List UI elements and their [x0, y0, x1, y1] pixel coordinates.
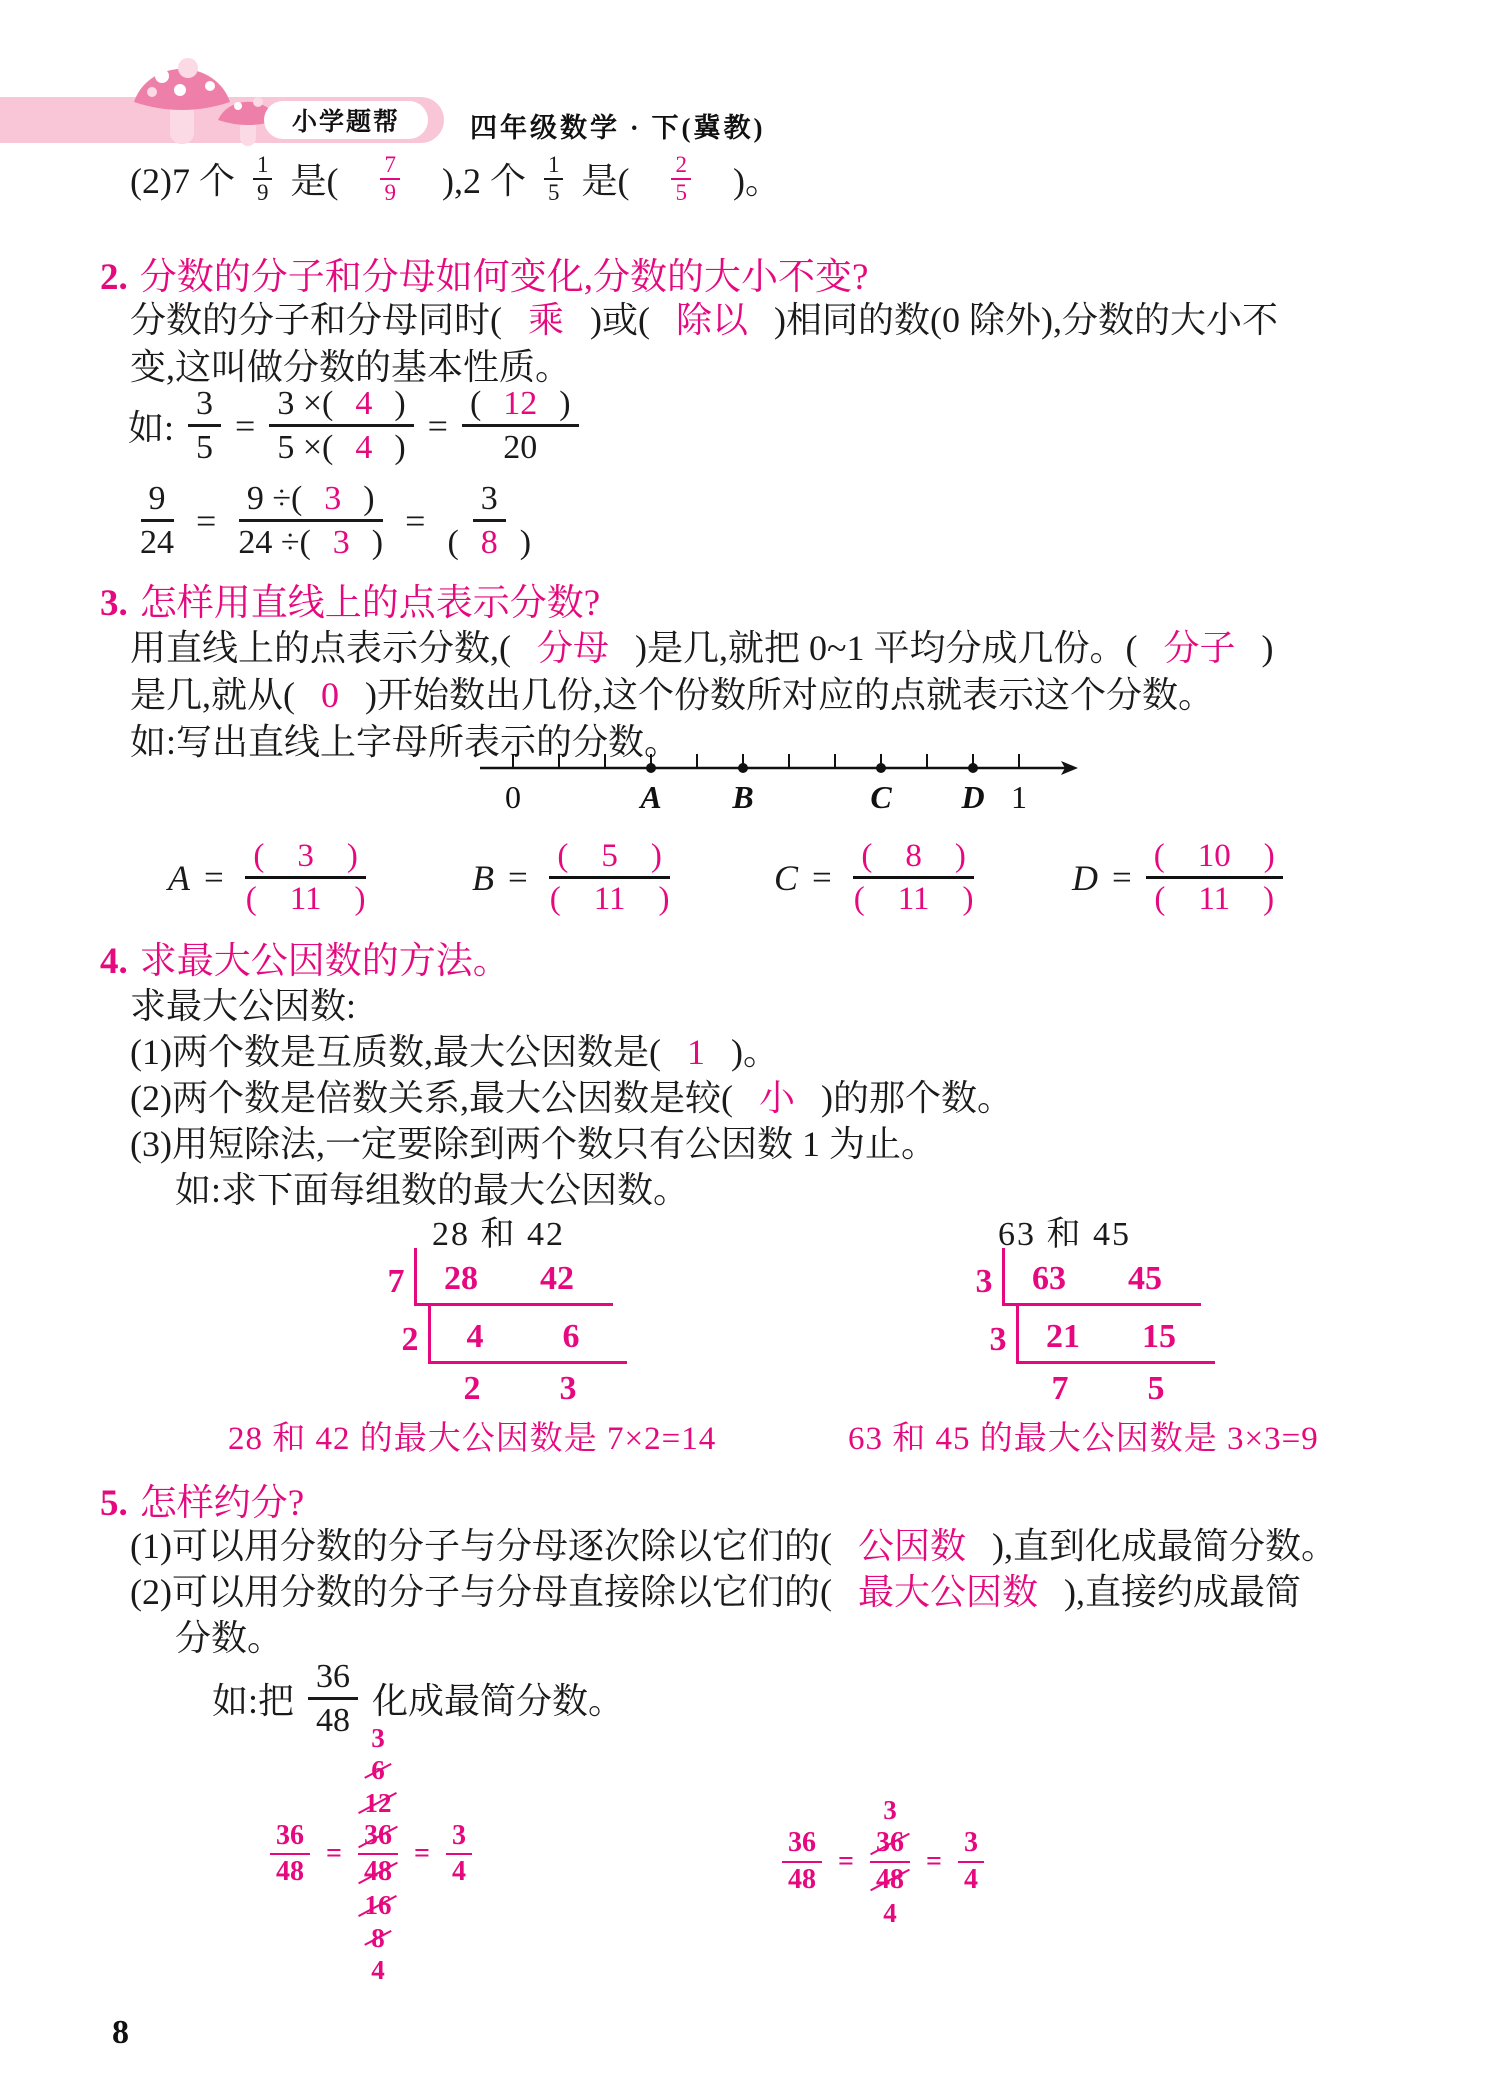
number-line: 0 A B C D 1 — [478, 748, 1098, 816]
division-step-2: 3 2115 — [980, 1306, 1215, 1364]
equals-sign: = — [414, 1838, 430, 1870]
answer-text: 乘 — [502, 300, 590, 340]
reduction-work-left: 3648 = 3 6 12 36 48 16 8 4 = 34 — [268, 1722, 474, 1987]
fraction-3-5: 35 — [188, 383, 221, 469]
section-2-equation-1: 如: 35 = 3 ×(4) 5 ×(4) = (12) 20 — [128, 383, 579, 469]
section-2-text-line-1: 分数的分子和分母同时(乘)或(除以)相同的数(0 除外),分数的大小不 — [130, 292, 1278, 343]
equals-sign: = — [196, 500, 216, 542]
fraction-9-24: 924 — [132, 478, 182, 564]
cancel-number: 3 — [371, 1722, 385, 1754]
equals-sign: = — [1112, 858, 1132, 898]
fraction-with-blanks: 9 ÷(3) 24 ÷(3) — [230, 478, 391, 564]
division-step-1: 3 6345 — [966, 1248, 1215, 1306]
item-2-line: (2)7 个 19 是( 79 ),2 个 15 是( 25 )。 — [130, 152, 781, 206]
question-text: )。 — [733, 153, 781, 204]
equals-sign: = — [326, 1838, 342, 1870]
section-5-item-2: (2)可以用分数的分子与分母直接除以它们的(最大公因数),直接约成最简 — [130, 1564, 1301, 1615]
struck-fraction-36-48: 36 48 — [356, 1819, 400, 1889]
short-division-right: 3 6345 3 2115 75 — [966, 1248, 1215, 1413]
fraction-result: (12) 20 — [462, 383, 579, 469]
cancel-stack-below: 4 — [883, 1897, 897, 1929]
equals-sign: = — [405, 500, 425, 542]
equals-sign: = — [926, 1846, 942, 1878]
question-text: ),2 个 — [442, 153, 526, 204]
point-b-answer: B= ( 5 )( 11 ) — [472, 836, 678, 920]
divisor: 3 — [966, 1263, 1002, 1306]
section-5-item-1: (1)可以用分数的分子与分母逐次除以它们的(公因数),直到化成最简分数。 — [130, 1518, 1337, 1569]
answer-text: 0 — [295, 675, 365, 715]
numberline-label-a: A — [638, 779, 661, 815]
section-4-intro: 求最大公因数: — [130, 978, 356, 1029]
mushroom-logo-icon — [118, 44, 288, 148]
divisor: 2 — [392, 1321, 428, 1364]
question-text: (2)7 个 — [130, 153, 235, 204]
numberline-label-c: C — [870, 779, 892, 815]
section-3-heading: 3.怎样用直线上的点表示分数? — [100, 572, 600, 626]
fraction-1-9: 19 — [249, 152, 277, 206]
answer-fraction-7-9: 79 — [376, 152, 404, 206]
answer-text: 4 — [333, 385, 394, 422]
section-4-heading: 4.求最大公因数的方法。 — [100, 930, 510, 984]
point-c-dot — [876, 763, 886, 773]
section-3-text-line-2: 是几,就从(0)开始数出几份,这个份数所对应的点就表示这个分数。 — [130, 667, 1214, 718]
cancel-stack-above: 3 6 12 — [364, 1722, 391, 1819]
equals-sign: = — [508, 858, 528, 898]
answer-text: 8 — [459, 524, 520, 561]
answer-text: 1 — [661, 1032, 731, 1072]
cancel-number-struck: 16 — [364, 1889, 391, 1921]
divisor: 7 — [378, 1263, 414, 1306]
point-a-answer: A= ( 3 )( 11 ) — [168, 836, 374, 920]
cancel-number-struck: 8 — [371, 1922, 385, 1954]
answer-text: 最大公因数 — [832, 1572, 1064, 1612]
fraction-3-4: 34 — [956, 1826, 986, 1896]
fraction-1-5: 15 — [540, 152, 568, 206]
logo-text: 小学题帮 — [292, 102, 400, 138]
point-c-answer: C= ( 8 )( 11 ) — [774, 836, 982, 920]
divisor: 3 — [980, 1321, 1016, 1364]
section-2-equation-2: 924 = 9 ÷(3) 24 ÷(3) = 3 (8) — [132, 478, 539, 564]
cancel-number-struck: 6 — [371, 1754, 385, 1786]
answer-text: 公因数 — [832, 1526, 992, 1566]
question-text: 是( — [581, 153, 629, 204]
numberline-label-d: D — [960, 779, 984, 815]
cancel-number: 3 — [883, 1794, 897, 1826]
answer-text: 4 — [333, 429, 394, 466]
cancel-stack-below: 16 8 4 — [364, 1889, 391, 1986]
fraction-36-48: 3648 — [780, 1826, 824, 1896]
cancel-stack-above: 3 — [883, 1794, 897, 1826]
division-quotients: 23 — [392, 1364, 627, 1413]
fraction-3-4: 34 — [444, 1819, 474, 1889]
division-step-1: 7 2842 — [378, 1248, 627, 1306]
equals-sign: = — [838, 1846, 854, 1878]
logo-pill: 小学题帮 — [264, 101, 428, 139]
answer-text: 12 — [481, 385, 559, 422]
reduction-work-right: 3648 = 3 36 48 4 = 34 — [780, 1794, 986, 1929]
page-number: 8 — [112, 2014, 129, 2052]
cancel-number: 4 — [883, 1897, 897, 1929]
fraction-with-blanks: 3 ×(4) 5 ×(4) — [269, 383, 413, 469]
section-4-item-2: (2)两个数是倍数关系,最大公因数是较(小)的那个数。 — [130, 1070, 1013, 1121]
cancel-number-struck: 12 — [364, 1787, 391, 1819]
answer-text: 小 — [733, 1078, 821, 1118]
point-b-dot — [738, 763, 748, 773]
answer-text: 分母 — [511, 628, 635, 668]
numberline-label-1: 1 — [1011, 779, 1027, 815]
fraction-36-48: 3648 — [268, 1819, 312, 1889]
equals-sign: = — [428, 405, 448, 447]
numberline-label-b: B — [731, 779, 753, 815]
division-step-2: 2 46 — [392, 1306, 627, 1364]
short-division-left: 7 2842 2 46 23 — [378, 1248, 627, 1413]
section-4-item-1: (1)两个数是互质数,最大公因数是(1)。 — [130, 1024, 779, 1075]
question-text: 是( — [290, 153, 338, 204]
point-a-dot — [646, 763, 656, 773]
workbook-page: 小学题帮 四年级数学 · 下(冀教) (2)7 个 19 是( 79 ),2 个… — [0, 0, 1506, 2095]
struck-fraction-36-48: 36 48 — [868, 1826, 912, 1896]
point-d-answer: D= ( 10 )( 11 ) — [1072, 836, 1283, 920]
answer-text: 除以 — [650, 300, 774, 340]
equals-sign: = — [204, 858, 224, 898]
section-4-item-3: (3)用短除法,一定要除到两个数只有公因数 1 为止。 — [130, 1116, 937, 1167]
book-title: 四年级数学 · 下(冀教) — [470, 106, 766, 145]
section-5-item-2-cont: 分数。 — [175, 1610, 283, 1661]
answer-text: 分子 — [1137, 628, 1261, 668]
answer-text: 3 — [302, 480, 363, 517]
point-d-dot — [968, 763, 978, 773]
division-quotients: 75 — [980, 1364, 1215, 1413]
section-3-text-line-1: 用直线上的点表示分数,(分母)是几,就把 0~1 平均分成几份。(分子) — [130, 620, 1274, 671]
gcf-result-right: 63 和 45 的最大公因数是 3×3=9 — [848, 1412, 1319, 1459]
gcf-result-left: 28 和 42 的最大公因数是 7×2=14 — [228, 1412, 716, 1459]
fraction-result: 3 (8) — [439, 478, 539, 564]
equals-sign: = — [235, 405, 255, 447]
numberline-label-0: 0 — [505, 779, 521, 815]
cancel-number: 4 — [371, 1954, 385, 1986]
answer-fraction-2-5: 25 — [667, 152, 695, 206]
answer-text: 3 — [311, 524, 372, 561]
equals-sign: = — [812, 858, 832, 898]
